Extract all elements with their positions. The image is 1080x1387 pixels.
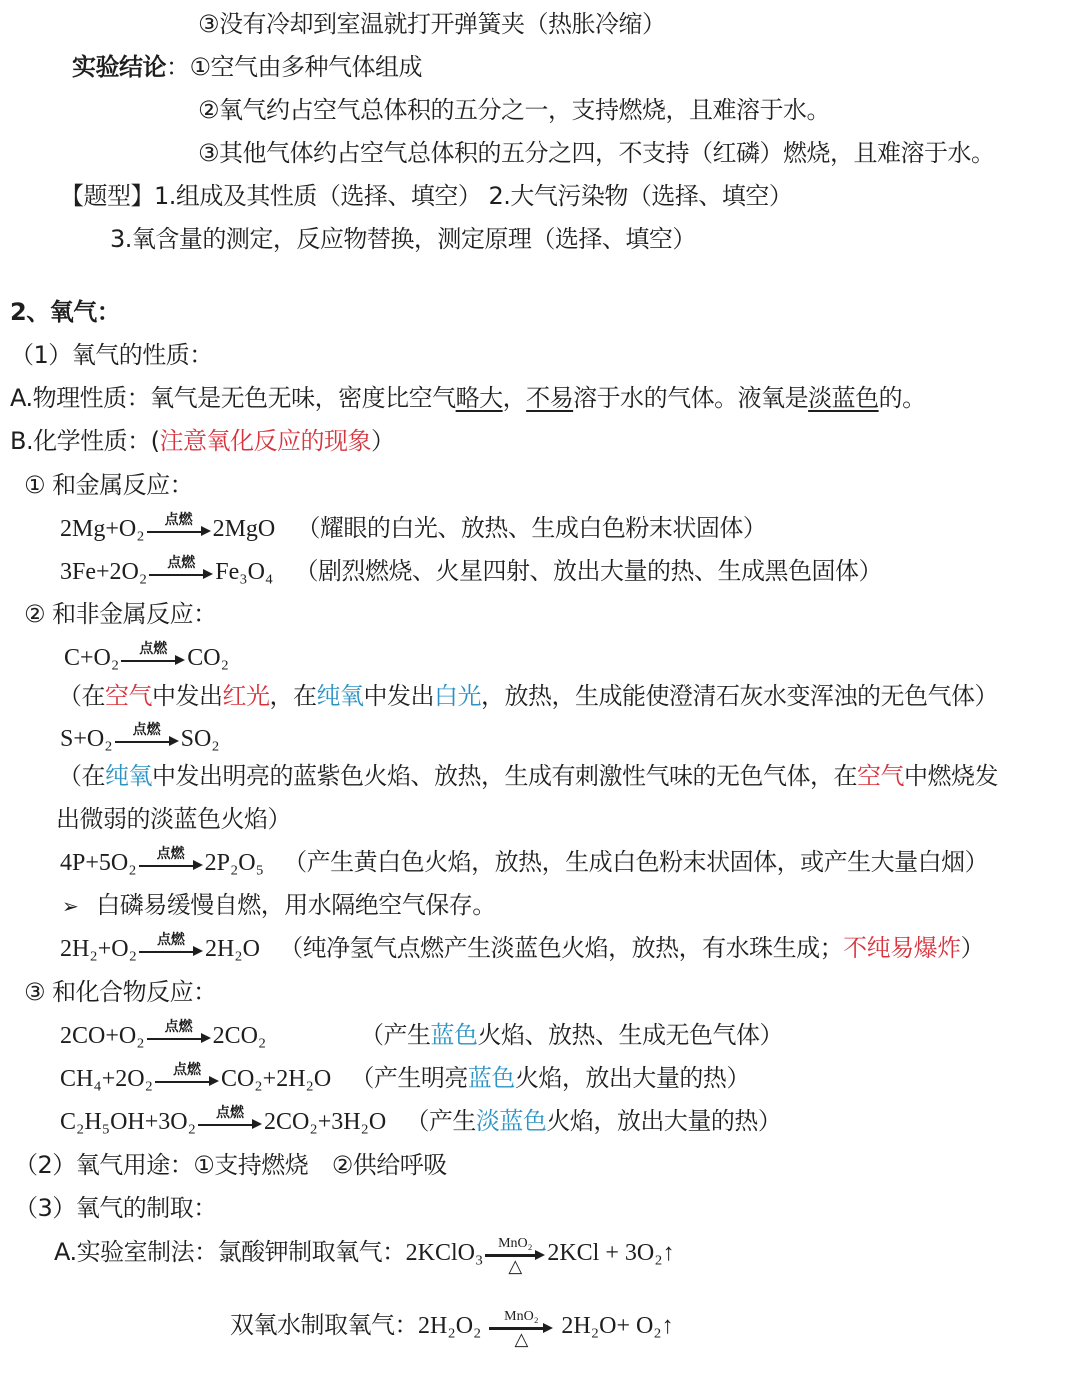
equation-lhs: C₂H₅OH+3O₂ xyxy=(60,1109,196,1135)
reaction-arrow-icon: 点燃 xyxy=(139,934,203,964)
question-types-label: 【题型】 xyxy=(60,182,154,210)
reaction-arrow-icon: 点燃 xyxy=(121,643,185,673)
equation-lhs: 3Fe+2O₂ xyxy=(60,559,147,585)
conclusion-label: 实验结论 xyxy=(72,53,166,81)
text: （产生明亮 xyxy=(350,1064,468,1092)
text: 溶于水的气体。液氧是 xyxy=(573,384,808,412)
text: 火焰，放出大量的热） xyxy=(515,1064,750,1092)
question-types-line-2: 3.氧含量的测定，反应物替换，测定原理（选择、填空） xyxy=(110,223,696,255)
equation-rhs: 2P₂O₅ xyxy=(205,850,264,876)
equation-lhs: S+O₂ xyxy=(60,726,113,752)
chemical-properties: B.化学性质：(注意氧化反应的现象） xyxy=(10,425,394,457)
h2o2-label: 双氧水制取氧气： xyxy=(230,1311,418,1339)
text: 的。 xyxy=(879,384,926,412)
reaction-description: （纯净氢气点燃产生淡蓝色火焰，放热，有水珠生成； xyxy=(279,934,843,962)
co-description: （产生蓝色火焰、放热、生成无色气体） xyxy=(360,1019,783,1051)
text: （产生 xyxy=(405,1107,476,1135)
reaction-description: （剧烈燃烧、火星四射、放出大量的热、生成黑色固体） xyxy=(294,557,882,585)
reason-item-3: ③没有冷却到室温就打开弹簧夹（热胀冷缩） xyxy=(198,8,666,40)
catalyst-arrow-icon: MnO₂△ xyxy=(489,1311,553,1341)
chemical-label: B.化学性质：( xyxy=(10,427,159,455)
arrow-bullet-icon: ➢ xyxy=(62,894,78,918)
reaction-mg: 2Mg+O₂点燃2MgO （耀眼的白光、放热、生成白色粉末状固体） xyxy=(60,512,766,545)
carbon-description: （在空气中发出红光，在纯氧中发出白光，放热，生成能使澄清石灰水变浑浊的无色气体） xyxy=(58,680,998,712)
reaction-arrow-icon: 点燃 xyxy=(149,557,213,587)
reaction-ch4: CH₄+2O₂点燃CO₂+2H₂O （产生明亮蓝色火焰，放出大量的热） xyxy=(60,1062,750,1095)
text: 中发出 xyxy=(364,682,435,710)
reaction-arrow-icon: 点燃 xyxy=(115,724,179,754)
conclusion-row: 实验结论：①空气由多种气体组成 xyxy=(72,51,422,83)
text: 中燃烧发 xyxy=(904,762,998,790)
red-text: 不纯易爆炸 xyxy=(843,934,961,962)
reaction-sulfur: S+O₂点燃SO₂ xyxy=(60,722,220,755)
text: 火焰、放热、生成无色气体） xyxy=(478,1021,784,1049)
equation-rhs: 2CO₂+3H₂O xyxy=(264,1109,386,1135)
compound-heading: ③ 和化合物反应： xyxy=(24,976,217,1008)
underlined-text: 不易 xyxy=(526,384,573,412)
equation-lhs: 2CO+O₂ xyxy=(60,1023,145,1049)
question-types-text: 1.组成及其性质（选择、填空） 2.大气污染物（选择、填空） xyxy=(154,182,792,210)
text: 火焰，放出大量的热） xyxy=(546,1107,781,1135)
question-types-line-1: 【题型】1.组成及其性质（选择、填空） 2.大气污染物（选择、填空） xyxy=(60,180,792,212)
reaction-arrow-icon: 点燃 xyxy=(147,514,211,544)
section-title: 2、氧气： xyxy=(10,296,120,328)
oxygen-uses: （2）氧气用途：①支持燃烧 ②供给呼吸 xyxy=(14,1149,447,1181)
blue-text: 淡蓝色 xyxy=(476,1107,547,1135)
equation-rhs: 2H₂O xyxy=(205,936,260,962)
heat-symbol: △ xyxy=(489,1330,553,1350)
equation-rhs: 2H₂O+ O₂↑ xyxy=(561,1313,673,1339)
reaction-phosphorus: 4P+5O₂点燃2P₂O₅ （产生黄白色火焰，放热，生成白色粉末状固体，或产生大… xyxy=(60,846,988,879)
blue-text: 蓝色 xyxy=(468,1064,515,1092)
blue-text: 纯氧 xyxy=(105,762,152,790)
chemical-note-red: 注意氧化反应的现象 xyxy=(159,427,371,455)
conclusion-sep: ： xyxy=(166,53,190,81)
preparation-heading: （3）氧气的制取： xyxy=(14,1192,217,1224)
red-text: 空气 xyxy=(105,682,152,710)
blue-text: 蓝色 xyxy=(431,1021,478,1049)
equation-lhs: 2H₂O₂ xyxy=(418,1313,481,1339)
white-phosphorus-note: ➢白磷易缓慢自燃，用水隔绝空气保存。 xyxy=(62,889,496,922)
physical-properties: A.物理性质：氧气是无色无味，密度比空气略大，不易溶于水的气体。液氧是淡蓝色的。 xyxy=(10,382,926,414)
physical-label: A.物理性质： xyxy=(10,384,150,412)
equation-lhs: C+O₂ xyxy=(64,645,119,671)
equation-lhs: 2Mg+O₂ xyxy=(60,516,145,542)
reaction-carbon: C+O₂点燃CO₂ xyxy=(64,641,229,674)
blue-text: 纯氧 xyxy=(317,682,364,710)
catalyst-arrow-icon: MnO₂△ xyxy=(485,1238,545,1268)
lab-preparation-kclo3: A.实验室制法：氯酸钾制取氧气：2KClO₃MnO₂△2KCl + 3O₂↑ xyxy=(54,1236,675,1269)
underlined-text: 略大 xyxy=(456,384,503,412)
reaction-arrow-icon: 点燃 xyxy=(198,1107,262,1137)
text: （产生 xyxy=(360,1021,431,1049)
reaction-description: （耀眼的白光、放热、生成白色粉末状固体） xyxy=(296,514,766,542)
text: （在 xyxy=(58,682,105,710)
lab-preparation-h2o2: 双氧水制取氧气：2H₂O₂MnO₂△2H₂O+ O₂↑ xyxy=(230,1309,674,1342)
reaction-ethanol: C₂H₅OH+3O₂点燃2CO₂+3H₂O （产生淡蓝色火焰，放出大量的热） xyxy=(60,1105,781,1138)
conclusion-1: ①空气由多种气体组成 xyxy=(190,53,423,81)
nonmetal-heading: ② 和非金属反应： xyxy=(24,598,217,630)
red-text: 红光 xyxy=(223,682,270,710)
equation-rhs: CO₂+2H₂O xyxy=(221,1066,331,1092)
text: ，在 xyxy=(270,682,317,710)
text: 中发出 xyxy=(152,682,223,710)
metal-heading: ① 和金属反应： xyxy=(24,469,193,501)
equation-rhs: Fe₃O₄ xyxy=(215,559,273,585)
text: （在 xyxy=(58,762,105,790)
equation-rhs: 2CO₂ xyxy=(213,1023,267,1049)
equation-rhs: CO₂ xyxy=(187,645,229,671)
reaction-arrow-icon: 点燃 xyxy=(139,848,203,878)
sulfur-description-line-2: 出微弱的淡蓝色火焰） xyxy=(56,803,291,835)
text: ， xyxy=(503,384,527,412)
equation-lhs: 4P+5O₂ xyxy=(60,850,137,876)
heat-symbol: △ xyxy=(485,1257,545,1277)
equation-lhs: 2H₂+O₂ xyxy=(60,936,137,962)
red-text: 空气 xyxy=(857,762,904,790)
reaction-arrow-icon: 点燃 xyxy=(147,1021,211,1051)
underlined-text: 淡蓝色 xyxy=(808,384,879,412)
equation-rhs: SO₂ xyxy=(181,726,220,752)
reaction-hydrogen: 2H₂+O₂点燃2H₂O （纯净氢气点燃产生淡蓝色火焰，放热，有水珠生成；不纯易… xyxy=(60,932,984,965)
sulfur-description: （在纯氧中发出明亮的蓝紫色火焰、放热，生成有刺激性气味的无色气体，在空气中燃烧发 xyxy=(58,760,998,792)
lab-label: A.实验室制法：氯酸钾制取氧气： xyxy=(54,1238,406,1266)
equation-rhs: 2KCl + 3O₂↑ xyxy=(547,1240,674,1266)
conclusion-3: ③其他气体约占空气总体积的五分之四，不支持（红磷）燃烧，且难溶于水。 xyxy=(198,137,995,169)
note-text: 白磷易缓慢自燃，用水隔绝空气保存。 xyxy=(96,891,496,919)
text: ） xyxy=(371,427,395,455)
equation-rhs: 2MgO xyxy=(213,516,276,542)
equation-lhs: 2KClO₃ xyxy=(406,1240,484,1266)
reaction-arrow-icon: 点燃 xyxy=(155,1064,219,1094)
reaction-co: 2CO+O₂点燃2CO₂ xyxy=(60,1019,266,1052)
equation-lhs: CH₄+2O₂ xyxy=(60,1066,153,1092)
text: 中发出明亮的蓝紫色火焰、放热，生成有刺激性气味的无色气体，在 xyxy=(152,762,857,790)
reaction-description: （产生黄白色火焰，放热，生成白色粉末状固体，或产生大量白烟） xyxy=(283,848,988,876)
reaction-fe: 3Fe+2O₂点燃Fe₃O₄ （剧烈燃烧、火星四射、放出大量的热、生成黑色固体） xyxy=(60,555,882,588)
text: 氧气是无色无味，密度比空气 xyxy=(150,384,456,412)
blue-text: 白光 xyxy=(434,682,481,710)
conclusion-2: ②氧气约占空气总体积的五分之一，支持燃烧，且难溶于水。 xyxy=(198,94,830,126)
text: ，放热，生成能使澄清石灰水变浑浊的无色气体） xyxy=(481,682,998,710)
properties-heading: （1）氧气的性质： xyxy=(10,339,213,371)
text: ） xyxy=(961,934,985,962)
